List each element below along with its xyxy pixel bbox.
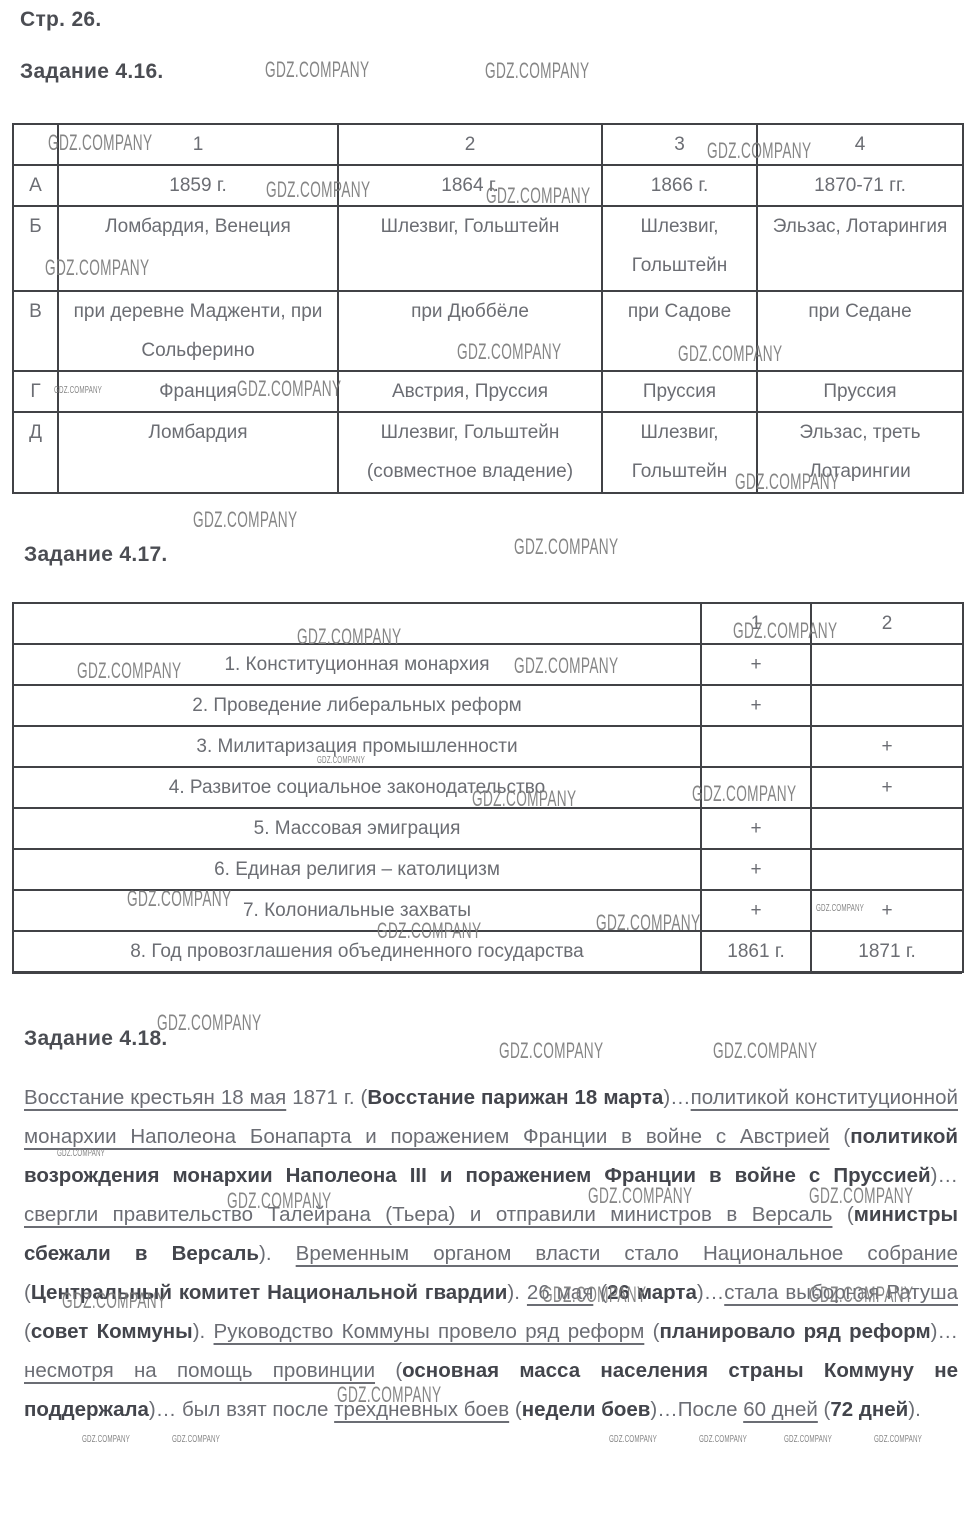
text-segment-plain: )… bbox=[931, 1164, 958, 1187]
table-cell: Эльзас, треть Лотарингии bbox=[757, 412, 963, 493]
mark-cell-col1: + bbox=[701, 808, 811, 849]
text-segment-plain: ( bbox=[644, 1320, 659, 1343]
watermark-text: GDZ.COMPANY bbox=[265, 60, 369, 82]
table-row: 8. Год провозглашения объединенного госу… bbox=[13, 931, 963, 972]
table-cell: 1864 г. bbox=[338, 165, 602, 206]
table-cell: Пруссия bbox=[602, 371, 757, 412]
text-segment-plain: ). bbox=[193, 1320, 214, 1343]
watermark-text: GDZ.COMPANY bbox=[82, 1434, 130, 1444]
watermark-text: GDZ.COMPANY bbox=[699, 1434, 747, 1444]
watermark-text: GDZ.COMPANY bbox=[713, 1041, 817, 1063]
table-row: 7. Колониальные захваты++ bbox=[13, 890, 963, 931]
text-segment-plain: ( bbox=[375, 1359, 402, 1382]
text-segment-plain: ( bbox=[509, 1398, 522, 1421]
mark-cell-col2 bbox=[811, 808, 963, 849]
table-row: 4. Развитое социальное законодательство+ bbox=[13, 767, 963, 808]
mark-cell-col2: + bbox=[811, 890, 963, 931]
mark-cell-col2: + bbox=[811, 726, 963, 767]
text-segment-plain: ( bbox=[24, 1320, 31, 1343]
table-row: 3. Милитаризация промышленности+ bbox=[13, 726, 963, 767]
table-header-row: 12 bbox=[13, 603, 963, 644]
mark-cell-col2 bbox=[811, 644, 963, 685]
column-header-cell: 4 bbox=[757, 124, 963, 165]
table-cell: Пруссия bbox=[757, 371, 963, 412]
criterion-cell: 8. Год провозглашения объединенного госу… bbox=[13, 931, 701, 972]
comparison-table-4-16: 1234А1859 г.1864 г.1866 г.1870-71 гг.БЛо… bbox=[12, 123, 964, 494]
table-row: БЛомбардия, ВенецияШлезвиг, ГольштейнШле… bbox=[13, 206, 963, 291]
text-segment-bold: 72 дней bbox=[830, 1398, 908, 1421]
table-cell: Ломбардия bbox=[58, 412, 338, 493]
table-cell: Шлезвиг, Гольштейн (совместное владение) bbox=[338, 412, 602, 493]
column-header-cell: 2 bbox=[811, 603, 963, 644]
text-segment-plain: )…После bbox=[650, 1398, 743, 1421]
table-4-17-body: 121. Конституционная монархия+2. Проведе… bbox=[13, 603, 963, 972]
text-segment-underline: 26 мая bbox=[527, 1281, 593, 1304]
row-label-cell: Д bbox=[13, 412, 58, 493]
table-row: ДЛомбардияШлезвиг, Гольштейн (совместное… bbox=[13, 412, 963, 493]
text-segment-underline: Восстание крестьян 18 мая bbox=[24, 1086, 286, 1109]
text-segment-plain: )… bbox=[663, 1086, 690, 1109]
table-row: 5. Массовая эмиграция+ bbox=[13, 808, 963, 849]
watermark-text: GDZ.COMPANY bbox=[485, 61, 589, 83]
table-row: Впри деревне Мадженти, при Сольферинопри… bbox=[13, 291, 963, 371]
text-segment-underline: Руководство Коммуны провело ряд реформ bbox=[214, 1320, 645, 1343]
mark-cell-col1: + bbox=[701, 685, 811, 726]
table-cell: 1859 г. bbox=[58, 165, 338, 206]
watermark-text: GDZ.COMPANY bbox=[499, 1041, 603, 1063]
criterion-cell: 7. Колониальные захваты bbox=[13, 890, 701, 931]
row-label-cell: Г bbox=[13, 371, 58, 412]
text-segment-plain: ). bbox=[507, 1281, 527, 1304]
text-segment-plain: ( bbox=[830, 1125, 851, 1148]
mark-cell-col1 bbox=[701, 767, 811, 808]
row-label-cell: В bbox=[13, 291, 58, 371]
text-segment-plain: ( bbox=[818, 1398, 831, 1421]
text-segment-bold: планировало ряд реформ bbox=[659, 1320, 930, 1343]
table-cell: при Седане bbox=[757, 291, 963, 371]
text-segment-underline: стала выборная Ратуша bbox=[724, 1281, 958, 1304]
column-header-cell: 1 bbox=[58, 124, 338, 165]
watermark-text: GDZ.COMPANY bbox=[172, 1434, 220, 1444]
watermark-text: GDZ.COMPANY bbox=[874, 1434, 922, 1444]
table-cell: при деревне Мадженти, при Сольферино bbox=[58, 291, 338, 371]
criterion-cell: 3. Милитаризация промышленности bbox=[13, 726, 701, 767]
text-segment-underline: свергли правительство Талейрана (Тьера) … bbox=[24, 1203, 832, 1226]
table-4-16-body: 1234А1859 г.1864 г.1866 г.1870-71 гг.БЛо… bbox=[13, 124, 963, 493]
mark-cell-col2 bbox=[811, 849, 963, 890]
table-row: А1859 г.1864 г.1866 г.1870-71 гг. bbox=[13, 165, 963, 206]
table-row: 6. Единая религия – католицизм+ bbox=[13, 849, 963, 890]
text-segment-bold: Центральный комитет Национальной гвардии bbox=[31, 1281, 508, 1304]
text-segment-plain: )… bbox=[931, 1320, 958, 1343]
table-cell: при Дюббёле bbox=[338, 291, 602, 371]
task-4-16-heading: Задание 4.16. bbox=[20, 60, 164, 84]
task-4-18-heading: Задание 4.18. bbox=[24, 1027, 168, 1051]
text-segment-underline: Временным органом власти стало Националь… bbox=[296, 1242, 958, 1265]
row-label-header-cell bbox=[13, 124, 58, 165]
criterion-cell: 1. Конституционная монархия bbox=[13, 644, 701, 685]
answer-text-paragraph: Восстание крестьян 18 мая 1871 г. (Восст… bbox=[24, 1078, 958, 1429]
text-segment-plain: )… bbox=[697, 1281, 724, 1304]
mark-cell-col2: + bbox=[811, 767, 963, 808]
column-header-cell: 3 bbox=[602, 124, 757, 165]
table-cell: Шлезвиг, Гольштейн bbox=[602, 412, 757, 493]
text-segment-plain: ). bbox=[259, 1242, 296, 1265]
table-cell: Ломбардия, Венеция bbox=[58, 206, 338, 291]
text-segment-plain: ( bbox=[832, 1203, 853, 1226]
table-bottom-rule bbox=[12, 972, 962, 974]
column-header-cell: 2 bbox=[338, 124, 602, 165]
criteria-table-4-17: 121. Конституционная монархия+2. Проведе… bbox=[12, 602, 964, 973]
text-segment-plain: 1871 г. ( bbox=[286, 1086, 367, 1109]
text-segment-plain: ( bbox=[593, 1281, 607, 1304]
text-segment-bold: 26 марта bbox=[607, 1281, 697, 1304]
table-cell: Шлезвиг, Гольштейн bbox=[338, 206, 602, 291]
mark-cell-col1 bbox=[701, 726, 811, 767]
row-label-cell: Б bbox=[13, 206, 58, 291]
page-number-heading: Стр. 26. bbox=[20, 8, 102, 32]
mark-cell-col2 bbox=[811, 685, 963, 726]
mark-cell-col2: 1871 г. bbox=[811, 931, 963, 972]
table-cell: Австрия, Пруссия bbox=[338, 371, 602, 412]
table-row: 2. Проведение либеральных реформ+ bbox=[13, 685, 963, 726]
task-4-17-heading: Задание 4.17. bbox=[24, 543, 168, 567]
criterion-cell: 6. Единая религия – католицизм bbox=[13, 849, 701, 890]
watermark-text: GDZ.COMPANY bbox=[193, 510, 297, 532]
mark-cell-col1: 1861 г. bbox=[701, 931, 811, 972]
text-segment-plain: )… был взят после bbox=[149, 1398, 334, 1421]
criterion-cell: 2. Проведение либеральных реформ bbox=[13, 685, 701, 726]
text-segment-underline: несмотря на помощь провинции bbox=[24, 1359, 375, 1382]
mark-cell-col1: + bbox=[701, 849, 811, 890]
table-header-row: 1234 bbox=[13, 124, 963, 165]
mark-cell-col1: + bbox=[701, 890, 811, 931]
table-cell: Франция bbox=[58, 371, 338, 412]
text-segment-plain: ( bbox=[24, 1281, 31, 1304]
criterion-cell: 5. Массовая эмиграция bbox=[13, 808, 701, 849]
watermark-text: GDZ.COMPANY bbox=[784, 1434, 832, 1444]
text-segment-bold: Восстание парижан 18 марта bbox=[367, 1086, 663, 1109]
text-segment-underline: трехдневных боев bbox=[334, 1398, 509, 1421]
row-label-cell: А bbox=[13, 165, 58, 206]
table-row: ГФранцияАвстрия, ПруссияПруссияПруссия bbox=[13, 371, 963, 412]
table-cell: 1870-71 гг. bbox=[757, 165, 963, 206]
criterion-cell: 4. Развитое социальное законодательство bbox=[13, 767, 701, 808]
watermark-text: GDZ.COMPANY bbox=[514, 537, 618, 559]
text-segment-bold: недели боев bbox=[522, 1398, 651, 1421]
table-cell: Эльзас, Лотарингия bbox=[757, 206, 963, 291]
text-segment-plain: ). bbox=[908, 1398, 921, 1421]
mark-cell-col1: + bbox=[701, 644, 811, 685]
watermark-text: GDZ.COMPANY bbox=[157, 1013, 261, 1035]
column-header-cell: 1 bbox=[701, 603, 811, 644]
table-cell: при Садове bbox=[602, 291, 757, 371]
criterion-header-cell bbox=[13, 603, 701, 644]
text-segment-bold: совет Коммуны bbox=[31, 1320, 193, 1343]
table-row: 1. Конституционная монархия+ bbox=[13, 644, 963, 685]
table-cell: Шлезвиг, Гольштейн bbox=[602, 206, 757, 291]
table-cell: 1866 г. bbox=[602, 165, 757, 206]
text-segment-underline: 60 дней bbox=[743, 1398, 818, 1421]
watermark-text: GDZ.COMPANY bbox=[609, 1434, 657, 1444]
